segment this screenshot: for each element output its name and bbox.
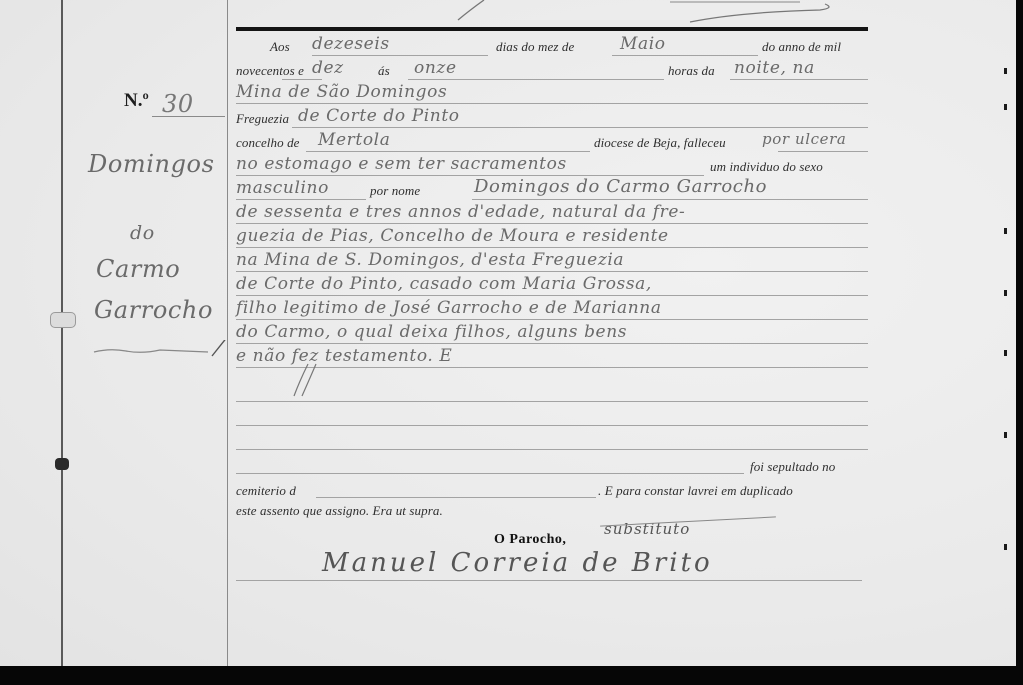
printed-por-nome: por nome [370,183,420,199]
handwritten-place: Mina de São Domingos [236,82,447,102]
handwritten-day: dezeseis [312,34,390,54]
printed-freguezia: Freguezia [236,111,289,127]
handwritten-time-of-day: noite, na [734,58,815,78]
handwritten-line-13: do Carmo, o qual deixa filhos, alguns be… [236,322,627,342]
handwritten-line-9: guezia de Pias, Concelho de Moura e resi… [236,226,669,246]
handwritten-line-11: de Corte do Pinto, casado com Maria Gros… [236,274,652,294]
rule [612,55,758,56]
rule [236,343,868,344]
handwritten-hour: onze [414,58,457,78]
handwritten-cause-cont: no estomago e sem ter sacramentos [236,154,567,174]
rule [236,425,868,426]
rule [236,401,868,402]
handwritten-municipality: Mertola [318,130,390,150]
previous-entry-flourish [440,0,840,30]
binding-line [61,0,63,666]
entry-separator-bar [236,27,868,31]
rule [472,199,868,200]
page-edge-mark [1004,104,1007,110]
printed-as: ás [378,63,390,79]
parocho-label: O Parocho, [494,532,566,548]
closing-flourish [280,360,340,400]
printed-sepultado: foi sepultado no [750,459,835,475]
rule [316,497,596,498]
handwritten-month: Maio [620,34,666,54]
printed-concelho: concelho de [236,135,300,151]
signature-rule [236,580,862,581]
printed-dias-do-mez: dias do mez de [496,39,574,55]
handwritten-line-14: e não fez testamento. E [236,346,452,366]
rule [292,127,868,128]
handwritten-line-12: filho legitimo de José Garrocho e de Mar… [236,298,662,318]
rule [236,271,868,272]
printed-closing: este assento que assigno. Era ut supra. [236,503,443,519]
printed-horas-da: horas da [668,63,715,79]
rule [730,79,868,80]
printed-para-constar: . E para constar lavrei em duplicado [598,483,793,499]
margin-name-carmo: Carmo [96,255,180,283]
handwritten-parish: de Corte do Pinto [298,106,460,126]
page-edge-mark [1004,290,1007,296]
rule [306,151,590,152]
register-page: N.º 30 Domingos do Carmo Garrocho Aos de… [0,0,1016,666]
rule [236,473,744,474]
handwritten-line-10: na Mina de S. Domingos, d'esta Freguezia [236,250,624,270]
printed-do-anno: do anno de mil [762,39,841,55]
margin-name-garrocho: Garrocho [94,296,213,324]
handwritten-sex: masculino [236,178,329,198]
rule [236,247,868,248]
printed-diocese: diocese de Beja, falleceu [594,135,726,151]
rule [282,79,322,80]
page-edge-mark [1004,68,1007,74]
binding-tab [50,312,76,328]
binding-knot [55,458,69,470]
page-edge-mark [1004,228,1007,234]
rule [236,319,868,320]
signature-name: Manuel Correia de Brito [322,548,713,578]
margin-name-do: do [130,222,155,244]
rule [236,103,868,104]
page-edge-mark [1004,432,1007,438]
rule [236,223,868,224]
handwritten-year: dez [312,58,344,78]
printed-cemiterio: cemiterio d [236,483,296,499]
rule [312,55,488,56]
rule [236,199,366,200]
handwritten-line-8: de sessenta e tres annos d'edade, natura… [236,202,685,222]
handwritten-deceased-name: Domingos do Carmo Garrocho [474,176,767,197]
page-edge-mark [1004,350,1007,356]
margin-divider [227,0,228,666]
rule [236,295,868,296]
margin-name-underline [90,340,230,360]
margin-name-first: Domingos [88,150,215,178]
handwritten-cause: por ulcera [762,130,846,148]
rule [236,449,868,450]
printed-individuo: um individuo do sexo [710,159,823,175]
rule [408,79,664,80]
page-edge-mark [1004,544,1007,550]
printed-novecentos: novecentos e [236,63,304,79]
entry-number-label: N.º [124,90,149,112]
rule [778,151,868,152]
printed-aos: Aos [270,39,290,55]
entry-number: 30 [162,90,194,118]
